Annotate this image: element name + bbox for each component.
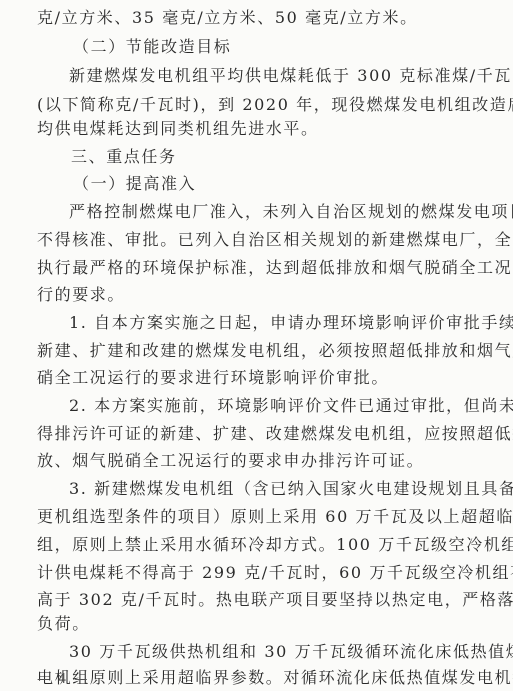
body-line: 组，原则上禁止采用水循环冷却方式。100 万千瓦级空冷机组设 [37,535,513,555]
numbered-item-3: 3. 新建燃煤发电机组（含已纳入国家火电建设规划且具备变 [69,479,513,499]
body-line: 行的要求。 [37,285,125,305]
paragraph-line: 严格控制燃煤电厂准入，未列入自治区规划的燃煤发电项目 [69,202,513,222]
page-number: — 4 — [37,672,90,687]
body-line: 均供电煤耗达到同类机组先进水平。 [37,119,319,139]
section-subheading-raise-access: （一）提高准入 [73,174,196,194]
body-line: 克/立方米、35 毫克/立方米、50 毫克/立方米。 [37,8,418,28]
section-subheading-energy-saving: （二）节能改造目标 [73,37,231,57]
body-line: 负荷。 [37,614,90,634]
paragraph-line: 30 万千瓦级供热机组和 30 万千瓦级循环流化床低热值煤发 [69,642,513,662]
body-line: 硝全工况运行的要求进行环境影响评价审批。 [37,368,389,388]
body-line: 更机组选型条件的项目）原则上采用 60 万千瓦及以上超超临界机 [37,507,513,527]
section-heading-key-tasks: 三、重点任务 [71,147,177,167]
body-line: 新建、扩建和改建的燃煤发电机组，必须按照超低排放和烟气脱 [37,341,513,361]
body-line: 高于 302 克/千瓦时。热电联产项目要坚持以热定电，严格落实热 [37,590,513,610]
body-line: 电机组原则上采用超临界参数。对循环流化床低热值煤发电机组， [37,668,513,688]
numbered-item-1: 1. 自本方案实施之日起，申请办理环境影响评价审批手续的 [69,313,513,333]
body-line: 得排污许可证的新建、扩建、改建燃煤发电机组，应按照超低排 [37,424,513,444]
body-line: 执行最严格的环境保护标准，达到超低排放和烟气脱硝全工况运 [37,258,513,278]
body-line: 放、烟气脱硝全工况运行的要求申办排污许可证。 [37,451,424,471]
body-line: (以下简称克/千瓦时)，到 2020 年，现役燃煤发电机组改造后平 [37,95,513,115]
body-line: 计供电煤耗不得高于 299 克/千瓦时，60 万千瓦级空冷机组不得 [37,563,513,583]
numbered-item-2: 2. 本方案实施前，环境影响评价文件已通过审批，但尚未取 [69,396,513,416]
body-line: 不得核准、审批。已列入自治区相关规划的新建燃煤电厂，全部 [37,230,513,250]
paragraph-line: 新建燃煤发电机组平均供电煤耗低于 300 克标准煤/千瓦时 [69,66,513,86]
